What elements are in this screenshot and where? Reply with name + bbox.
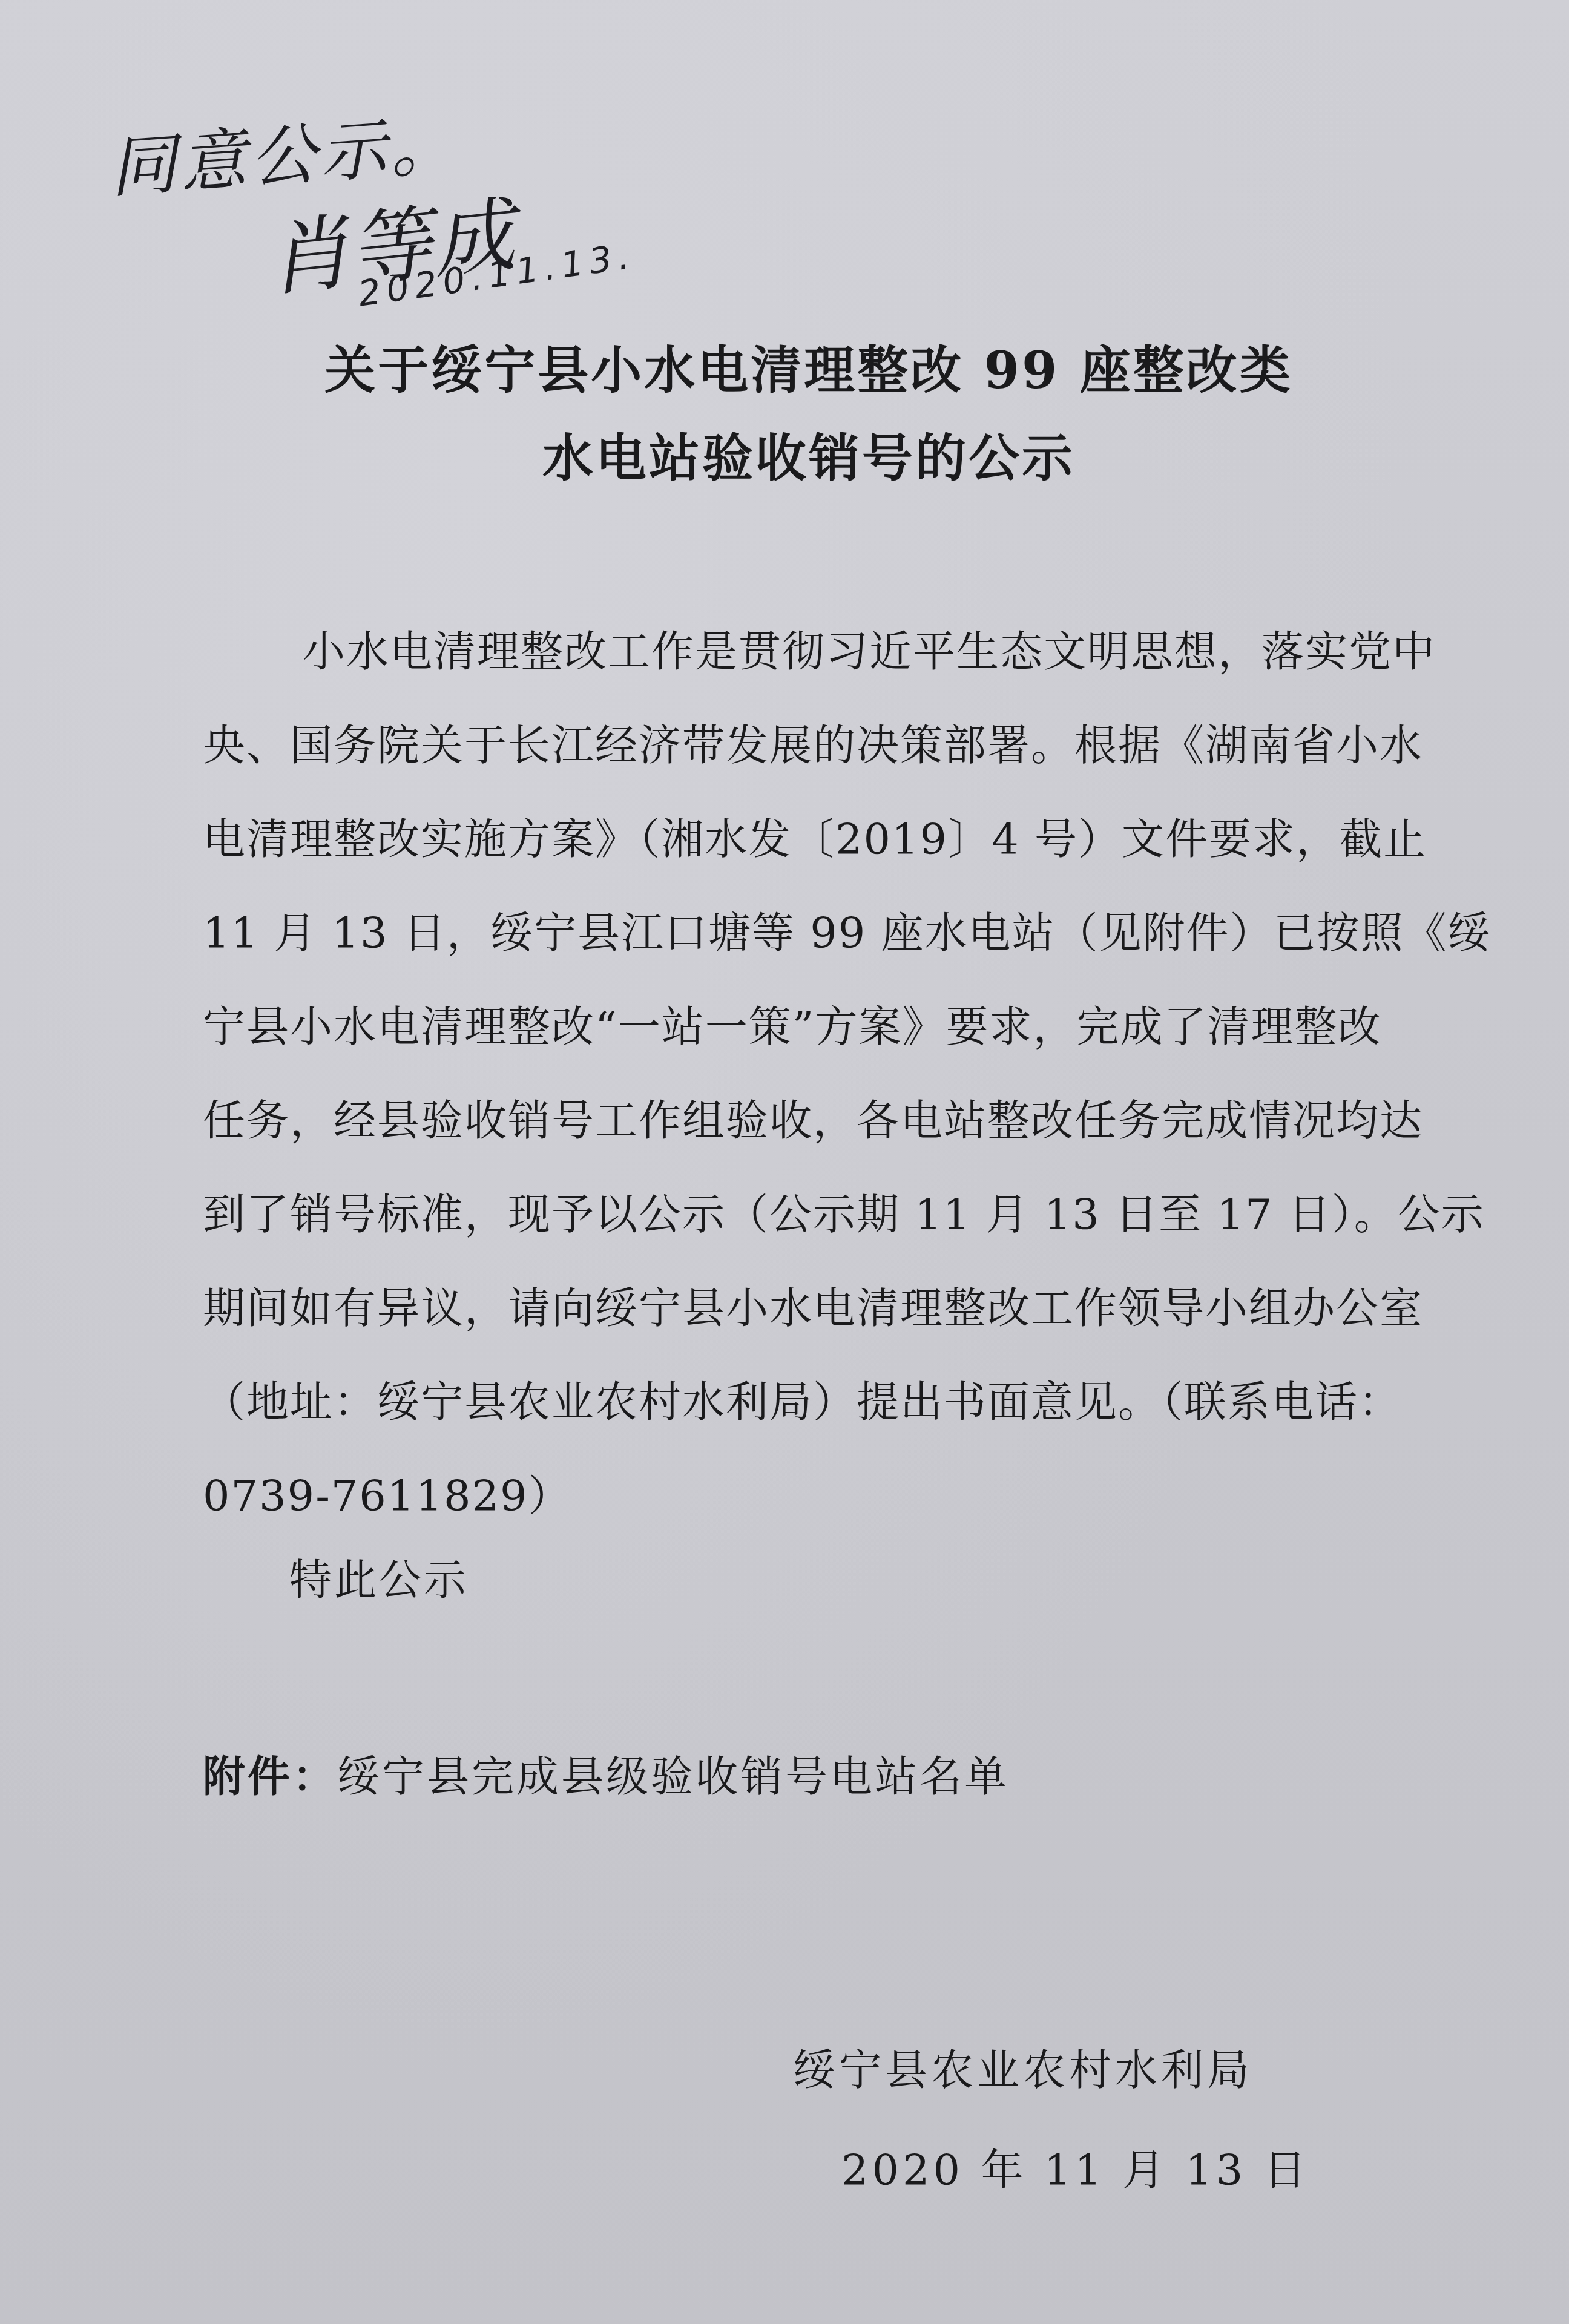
- body-line: （地址：绥宁县农业农村水利局）提出书面意见。（联系电话：: [203, 1356, 1462, 1449]
- document-title-line-1: 关于绥宁县小水电清理整改 99 座整改类: [24, 330, 1569, 403]
- body-line: 任务，经县验收销号工作组验收，各电站整改任务完成情况均达: [203, 1074, 1462, 1168]
- attachment-label: 附件：: [203, 1751, 337, 1802]
- body-line: 电清理整改实施方案》（湘水发〔2019〕4 号）文件要求，截止: [203, 793, 1462, 887]
- body-line: 11 月 13 日，绥宁县江口塘等 99 座水电站（见附件）已按照《绥: [203, 887, 1462, 980]
- closing-statement: 特此公示: [289, 1546, 469, 1607]
- body-line: 宁县小水电清理整改“一站一策”方案》要求，完成了清理整改: [203, 980, 1462, 1074]
- body-line: 期间如有异议，请向绥宁县小水电清理整改工作领导小组办公室: [203, 1262, 1462, 1356]
- attachment-line: 附件：绥宁县完成县级验收销号电站名单: [203, 1743, 1009, 1804]
- attachment-text: 绥宁县完成县级验收销号电站名单: [337, 1752, 1009, 1802]
- body-line: 0739-7611829）: [203, 1449, 1462, 1543]
- body-line: 小水电清理整改工作是贯彻习近平生态文明思想，落实党中: [203, 605, 1462, 699]
- issue-date: 2020 年 11 月 13 日: [841, 2136, 1310, 2198]
- body-line: 央、国务院关于长江经济带发展的决策部署。根据《湖南省小水: [203, 699, 1462, 793]
- document-title-line-2: 水电站验收销号的公示: [24, 418, 1569, 491]
- document-body: 小水电清理整改工作是贯彻习近平生态文明思想，落实党中 央、国务院关于长江经济带发…: [203, 605, 1462, 1543]
- issuing-organization: 绥宁县农业农村水利局: [793, 2037, 1253, 2098]
- body-line: 到了销号标准，现予以公示（公示期 11 月 13 日至 17 日）。公示: [203, 1168, 1462, 1262]
